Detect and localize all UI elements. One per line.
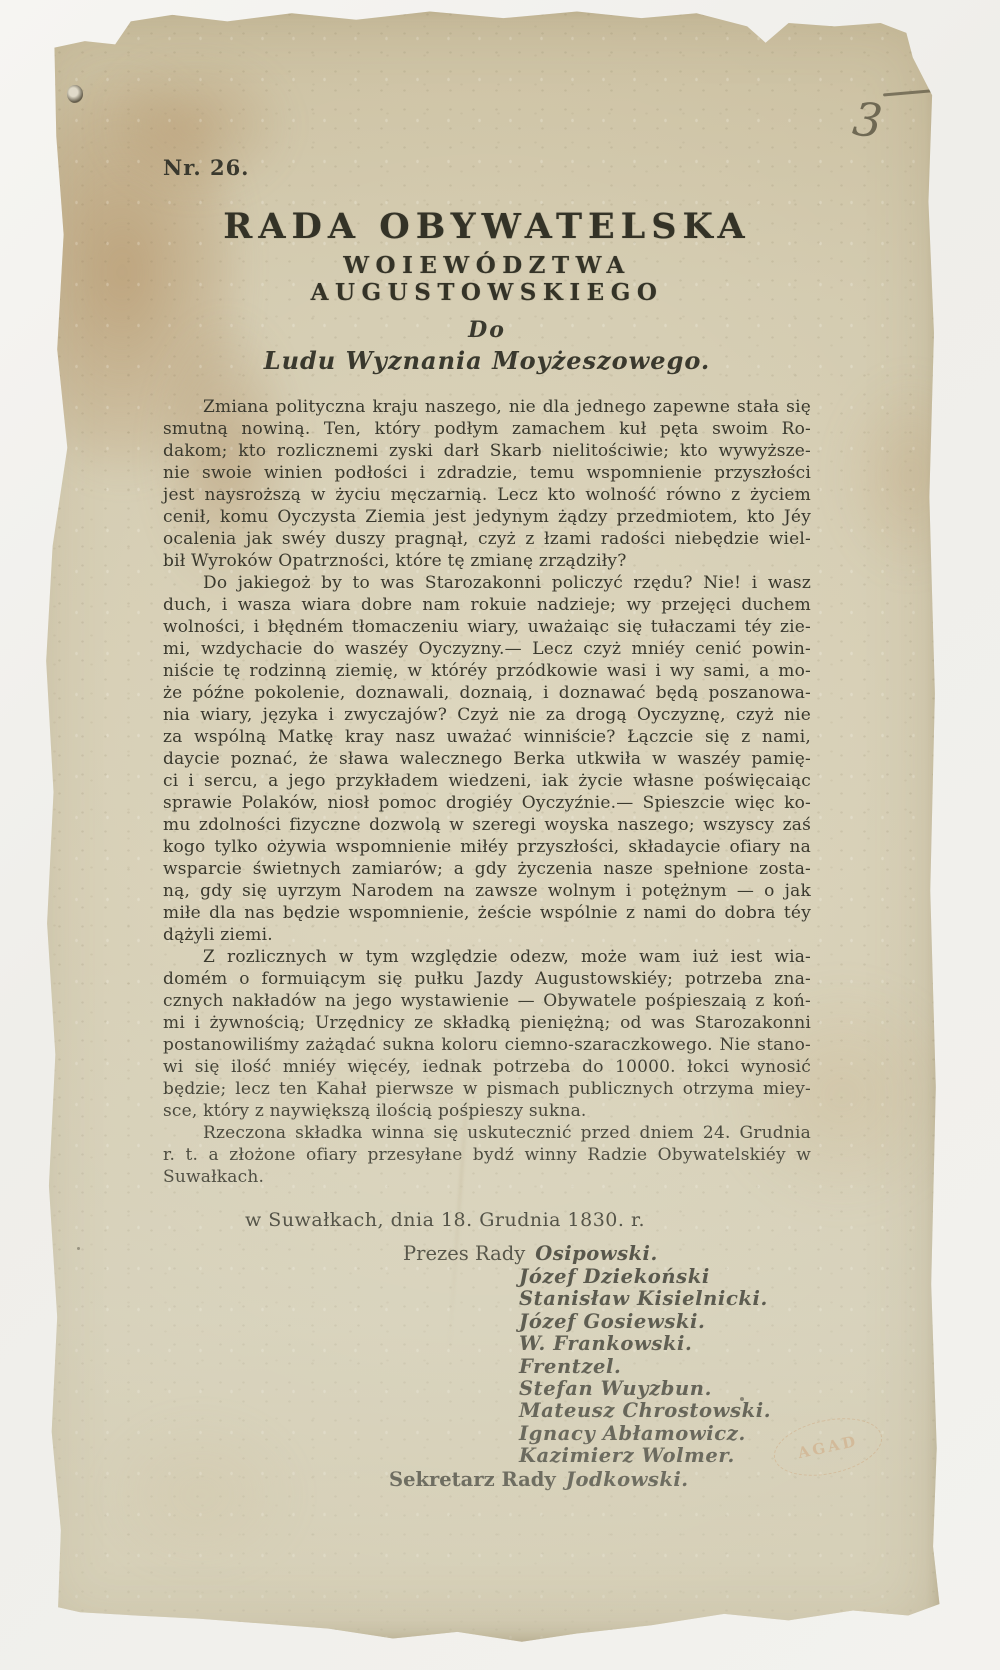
text-line: wi się ilość mniéy więcéy, iednak potrze… bbox=[163, 1056, 811, 1078]
text-line: nia wiary, języka i zwyczajów? Czyż nie … bbox=[163, 704, 811, 726]
text-line: niście tę rodzinną ziemię, w któréy przó… bbox=[163, 660, 811, 682]
paper-speck bbox=[77, 1247, 80, 1250]
text-line: mi, wzdychacie do waszéy Oyczyzny.— Lecz… bbox=[163, 638, 811, 660]
text-line: cznych nakładów na jego wystawienie — Ob… bbox=[163, 990, 811, 1012]
text-line: daycie poznać, że sława walecznego Berka… bbox=[163, 748, 811, 770]
text-line: Mateusz Chrostowski. bbox=[519, 1400, 811, 1422]
body-text: Zmiana polityczna kraju naszego, nie dla… bbox=[163, 396, 811, 1188]
text-line: Suwałkach. bbox=[163, 1166, 811, 1188]
member-signatures: Józef DziekońskiStanisław Kisielnicki.Jó… bbox=[519, 1266, 811, 1468]
text-line: Frentzel. bbox=[519, 1356, 811, 1378]
text-line: postanowiliśmy zażądać sukna koloru ciem… bbox=[163, 1034, 811, 1056]
text-line: mi i żywnością; Urzędnicy ze składką pie… bbox=[163, 1012, 811, 1034]
text-line: Józef Gosiewski. bbox=[519, 1311, 811, 1333]
printed-content: Nr. 26. RADA OBYWATELSKA WOIEWÓDZTWA AUG… bbox=[163, 155, 811, 1491]
president-name: Osipowski. bbox=[535, 1242, 658, 1265]
document-number: Nr. 26. bbox=[163, 155, 811, 180]
secretary-label: Sekretarz Rady bbox=[389, 1468, 556, 1491]
subtitle: WOIEWÓDZTWA AUGUSTOWSKIEGO bbox=[163, 252, 811, 306]
dateline: w Suwałkach, dnia 18. Grudnia 1830. r. bbox=[245, 1209, 811, 1231]
paper-sheet: 3 Nr. 26. RADA OBYWATELSKA WOIEWÓDZTWA A… bbox=[25, 5, 945, 1645]
text-line: sprawie Polaków, niosł pomoc drogiéy Oyc… bbox=[163, 792, 811, 814]
text-line: ną, gdy się uyrzym Narodem na zawsze wol… bbox=[163, 880, 811, 902]
president-signature: Prezes RadyOsipowski. bbox=[403, 1242, 811, 1265]
text-line: Do jakiegoż by to was Starozakonni polic… bbox=[163, 572, 811, 594]
text-line: Rzeczona składka winna się uskutecznić p… bbox=[163, 1122, 811, 1144]
text-line: bił Wyroków Opatrzności, które tę zmianę… bbox=[163, 550, 811, 572]
text-line: nie swoie winien podłości i zdradzie, te… bbox=[163, 462, 811, 484]
text-line: ci i sercu, a jego przykładem wiedzeni, … bbox=[163, 770, 811, 792]
text-line: Ignacy Abłamowicz. bbox=[519, 1423, 811, 1445]
text-line: Z rozlicznych w tym względzie odezw, moż… bbox=[163, 946, 811, 968]
text-line: mu zdolności fizyczne dozwolą w szeregi … bbox=[163, 814, 811, 836]
paper-hole bbox=[67, 85, 83, 103]
text-line: że późne pokolenie, doznawali, doznaią, … bbox=[163, 682, 811, 704]
paragraph-3: Z rozlicznych w tym względzie odezw, moż… bbox=[163, 946, 811, 1122]
text-line: W. Frankowski. bbox=[519, 1333, 811, 1355]
president-label: Prezes Rady bbox=[403, 1242, 525, 1265]
text-line: wsparcie świetnych zamiarów; a gdy życze… bbox=[163, 858, 811, 880]
paper-speck bbox=[33, 1445, 39, 1452]
salutation-addressee: Ludu Wyznania Moyżeszowego. bbox=[163, 346, 811, 375]
scanned-document-page: { "document": { "doc_number": "Nr. 26.",… bbox=[0, 0, 1000, 1670]
text-line: miłe dla nas będzie wspomnienie, żeście … bbox=[163, 902, 811, 924]
text-line: Kazimierz Wolmer. bbox=[519, 1445, 811, 1467]
text-line: dakom; kto rozlicznemi zyski darł Skarb … bbox=[163, 440, 811, 462]
paragraph-2: Do jakiegoż by to was Starozakonni polic… bbox=[163, 572, 811, 946]
text-line: dążyli ziemi. bbox=[163, 924, 811, 946]
text-line: r. t. a złożone ofiary przesyłane bydź w… bbox=[163, 1144, 811, 1166]
paper-stain bbox=[785, 325, 995, 625]
text-line: sce, który z naywiększą ilością pośpiesz… bbox=[163, 1100, 811, 1122]
handwritten-stroke bbox=[883, 88, 941, 96]
salutation-do: Do bbox=[163, 317, 811, 343]
text-line: Stefan Wuyzbun. bbox=[519, 1378, 811, 1400]
text-line: domém o formuiącym się pułku Jazdy Augus… bbox=[163, 968, 811, 990]
text-line: jest naysroższą w życiu męczarnią. Lecz … bbox=[163, 484, 811, 506]
main-title: RADA OBYWATELSKA bbox=[163, 206, 811, 247]
text-line: wolności, i błędném tłomaczeniu wiary, u… bbox=[163, 616, 811, 638]
text-line: kogo tylko ożywia wspomnienie miłéy przy… bbox=[163, 836, 811, 858]
text-line: cenił, komu Oyczysta Ziemia jest jedynym… bbox=[163, 506, 811, 528]
text-line: za wspólną Matkę kray nasz uważać winniś… bbox=[163, 726, 811, 748]
secretary-signature: Sekretarz RadyJodkowski. bbox=[389, 1468, 811, 1491]
text-line: smutną nowiną. Ten, który podłym zamache… bbox=[163, 418, 811, 440]
text-line: Józef Dziekoński bbox=[519, 1266, 811, 1288]
text-line: duch, i wasza wiara dobre nam rokuie nad… bbox=[163, 594, 811, 616]
paragraph-4: Rzeczona składka winna się uskutecznić p… bbox=[163, 1122, 811, 1188]
text-line: Zmiana polityczna kraju naszego, nie dla… bbox=[163, 396, 811, 418]
paragraph-1: Zmiana polityczna kraju naszego, nie dla… bbox=[163, 396, 811, 572]
text-line: Stanisław Kisielnicki. bbox=[519, 1288, 811, 1310]
handwritten-number: 3 bbox=[850, 92, 885, 149]
text-line: będzie; lecz ten Kahał pierwsze w pismac… bbox=[163, 1078, 811, 1100]
secretary-name: Jodkowski. bbox=[566, 1468, 689, 1491]
text-line: ocalenia jak swéy duszy pragnął, czyż z … bbox=[163, 528, 811, 550]
